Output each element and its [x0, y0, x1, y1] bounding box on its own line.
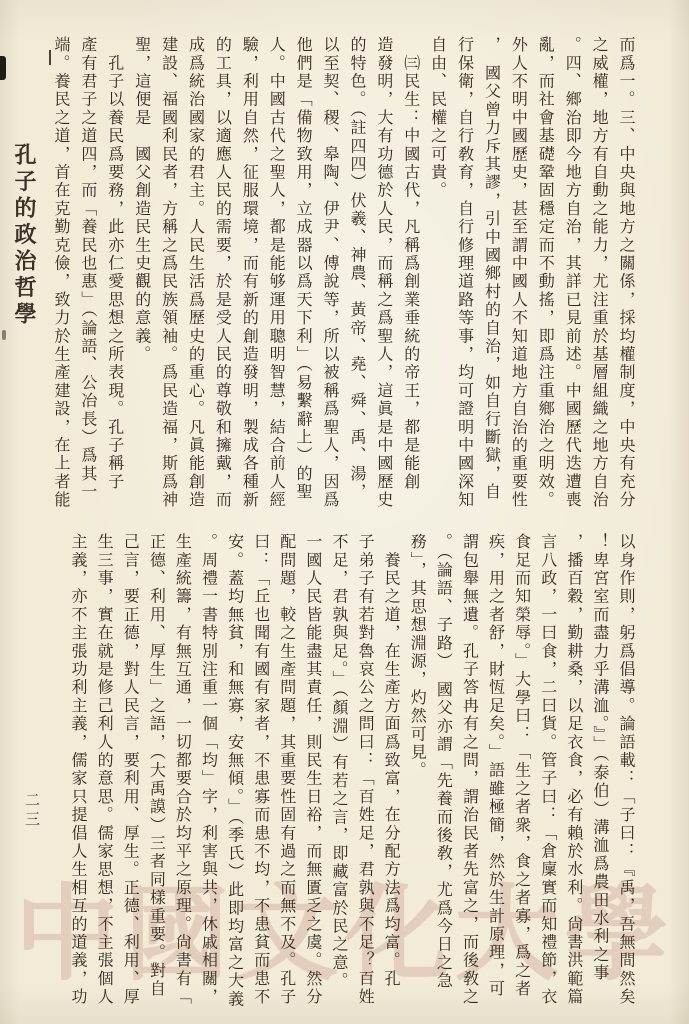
text-column: 的工具，以適應人民的需要，於是受人民的尊敬和擁戴，而 — [209, 36, 236, 514]
text-column: 不足，君孰與足。」（顏淵）有若之言，即藏富於民之意。 — [326, 533, 352, 1011]
text-column: 主義，亦不主張功利主義，儒家只提倡人生相互的道義，功 — [65, 533, 91, 1011]
text-column: 他們是「備物致用，立成器以爲天下利」（易繫辭上）的聖 — [289, 36, 316, 514]
text-column: 。四、鄉治即今地方自治，其詳已見前述。中國歷代迭遭喪 — [558, 36, 585, 514]
text-column: 己言，要正德，對人民言，要利用、厚生。正德、利用、厚 — [117, 533, 143, 1011]
text-column: 產有君子之道四，而「養民也惠」（論語、公冶長）爲其一 — [74, 36, 101, 514]
text-column: 配問題，較之生產問題，其重要性固有過之而無不及。孔子 — [274, 533, 300, 1011]
page-number: 二三 — [22, 792, 43, 830]
book-title-margin: 孔子的政治哲學 — [9, 143, 40, 329]
text-column: 之威權，地方有自動之能力，尤注重於基層組織之地方自治 — [585, 36, 612, 514]
text-block-top: 而爲一。三、中央與地方之關係，採均權制度，中央有充分之威權，地方有自動之能力，尤… — [47, 36, 639, 514]
text-column: 亂，而社會基礎鞏固穩定而不動搖，即爲注重鄉治之明效。 — [531, 36, 558, 514]
text-column: 疾，用之者舒，財恆足矣。」語雖極簡，然於生計原理，可 — [482, 533, 508, 1011]
text-column: 驗，利用自然，征服環境，而有新的創造發明，製成各種新 — [235, 36, 262, 514]
scan-corner-mark — [49, 50, 51, 65]
text-column: 安。蓋均無貧，和無寡，安無傾。」（季氏）此即均富之大義 — [222, 533, 248, 1011]
text-column: 曰：「丘也聞有國有家者，不患寡而患不均，不患貧而患不 — [248, 533, 274, 1011]
text-column: ，播百穀，勤耕桑，以足衣食，必有賴於水利。尙書洪範篇 — [561, 533, 587, 1011]
text-block-bottom: 以身作則，躬爲倡導。論語載：「子曰：『禹，吾無間然矣！卑宮室而盡力乎溝洫。』」（… — [65, 533, 639, 1011]
scan-speck — [0, 56, 6, 80]
text-column: 行保衛，自行敎育，自行修理道路等事，均可證明中國深知 — [451, 36, 478, 514]
text-column: ， 國父曾力斥其謬，引中國鄉村的自治，如自行斷獄，自 — [478, 36, 505, 514]
text-column: 以至契、稷、皋陶、伊尹、傅說等，所以被稱爲聖人，因爲 — [316, 36, 343, 514]
text-column: 養民之道，在生產方面爲致富，在分配方法爲均富。孔 — [378, 533, 404, 1011]
text-column: ㈢民生：中國古代，凡稱爲創業垂統的帝王，都是能創 — [397, 36, 424, 514]
text-column: 而爲一。三、中央與地方之關係，採均權制度，中央有充分 — [612, 36, 639, 514]
text-column: 端。養民之道，首在克勤克儉，致力於生產建設，在上者能 — [47, 36, 74, 514]
scanned-book-page: 中國文化大學 孔子的政治哲學 二三 而爲一。三、中央與地方之關係，採均權制度，中… — [0, 0, 689, 1024]
text-column: 孔子以養民爲要務，此亦仁愛思想之所表現。孔子稱子 — [101, 36, 128, 514]
text-column: 言八政，一曰食，二曰貨。管子曰：「倉廩實而知禮節，衣 — [535, 533, 561, 1011]
text-column: 建設、福國利民者，方稱之爲民族領袖。爲民造福，斯爲神 — [155, 36, 182, 514]
text-column: 務」，其思想淵源，灼然可見。 — [404, 533, 430, 1011]
scan-speck — [2, 330, 6, 340]
text-column: 聖，這便是 國父創造民生史觀的意義。 — [128, 36, 155, 514]
text-column: 造發明，大有功德於人民，而稱之爲聖人，這眞是中國歷史 — [370, 36, 397, 514]
text-column: 。（論語、子路） 國父亦謂「先養而後敎，尤爲今日之急 — [430, 533, 456, 1011]
text-column: 以身作則，躬爲倡導。論語載：「子曰：『禹，吾無間然矣 — [613, 533, 639, 1011]
text-column: 正德、利用、厚生」之語，（大禹謨）三者同樣重要。對自 — [143, 533, 169, 1011]
text-column: 自由、民權之可貴。 — [424, 36, 451, 514]
text-column: 外人不明中國歷史，甚至謂中國人不知道地方自治的重要性 — [504, 36, 531, 514]
text-column: 生三事，實在就是修己利人的意思。儒家思想，不主張個人 — [91, 533, 117, 1011]
text-column: 生產統籌，有無互通，一切都要合於均平之原理。尙書有「 — [169, 533, 195, 1011]
text-column: ！卑宮室而盡力乎溝洫。』」（泰伯）溝洫爲農田水利之事 — [587, 533, 613, 1011]
text-column: 一國人民皆能盡其責任，則民生日裕，而無匱乏之虞。然分 — [300, 533, 326, 1011]
text-column: 人。中國古代之聖人，都是能够運用聰明智慧，結合前人經 — [262, 36, 289, 514]
text-column: 謂包舉無遺。孔子答冉有之問，謂治民者先富之，而後敎之 — [456, 533, 482, 1011]
text-column: 成爲統治國家的君主。人民生活爲歷史的重心。凡眞能創造 — [182, 36, 209, 514]
text-column: 子弟子有若對魯哀公之問曰：「百姓足，君孰與不足？百姓 — [352, 533, 378, 1011]
text-column: 食足而知榮辱。」大學曰：「生之者衆，食之者寡，爲之者 — [509, 533, 535, 1011]
text-column: 的特色。（註四四）伏羲、神農、黃帝、堯、舜、禹、湯， — [343, 36, 370, 514]
text-column: 。周禮一書特別注重一個「均」字，利害與共，休戚相關， — [195, 533, 221, 1011]
